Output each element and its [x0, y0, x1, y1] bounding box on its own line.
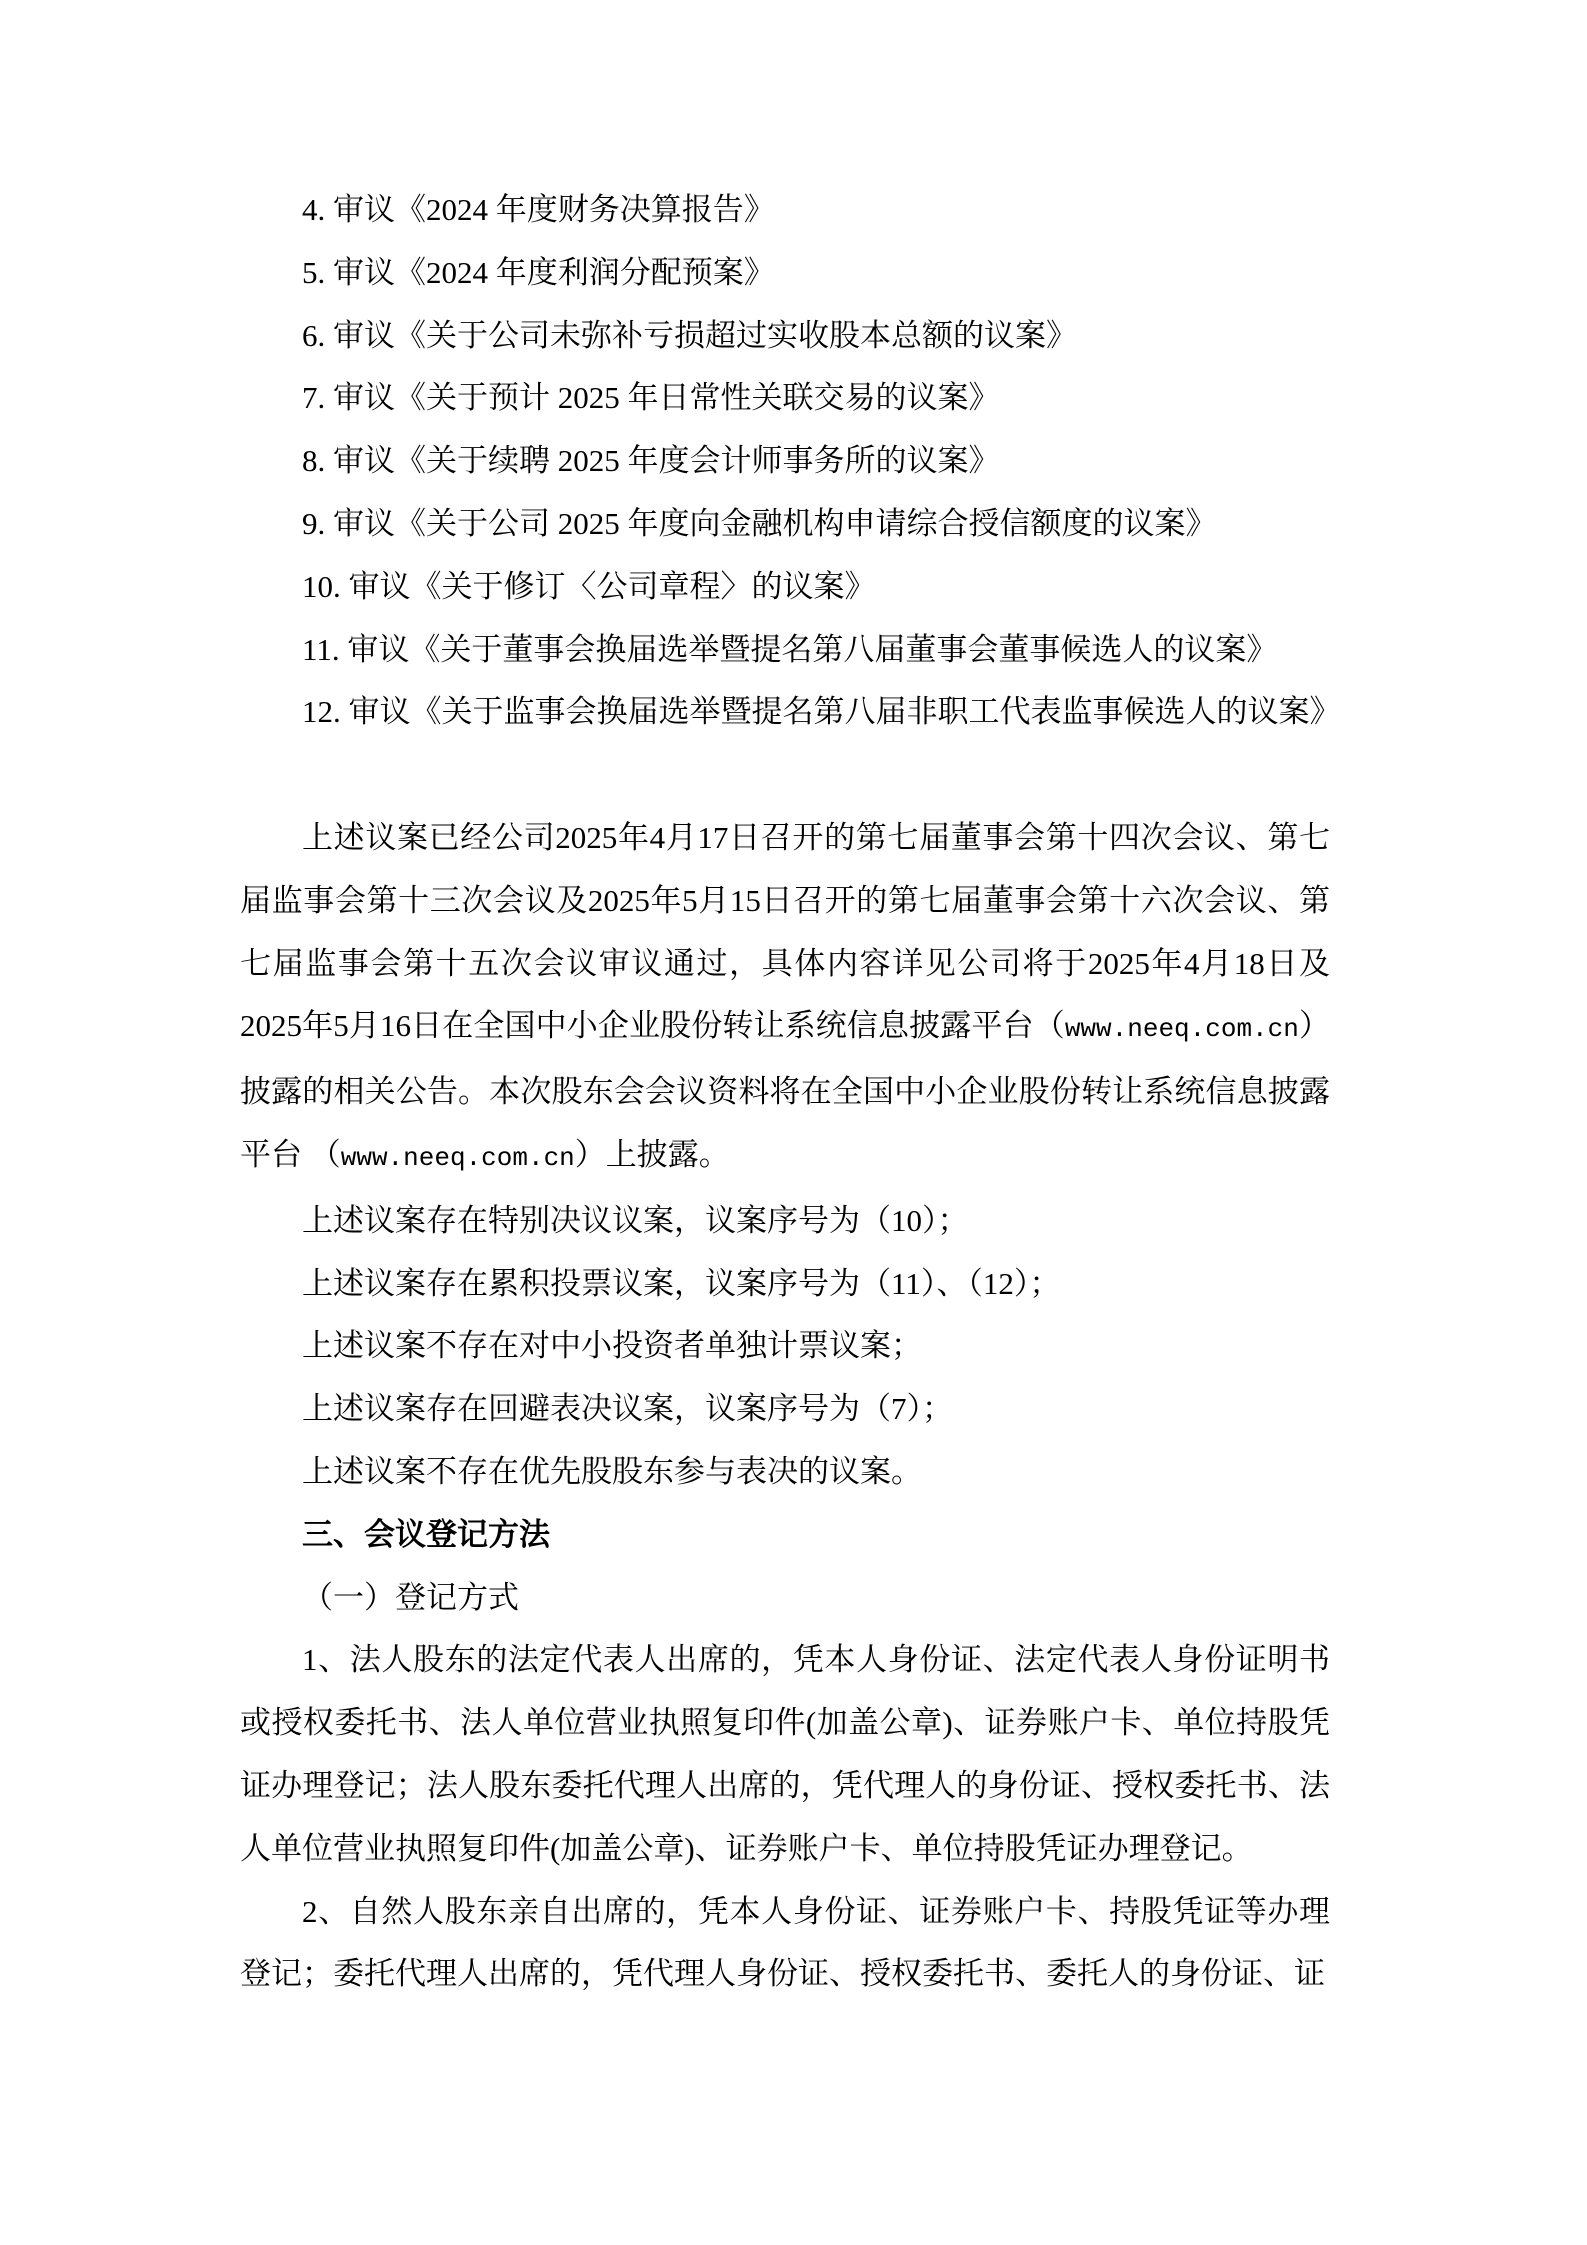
- proposal-item-4: 4. 审议《2024 年度财务决算报告》: [240, 179, 1330, 242]
- preferred-shareholder-note: 上述议案不存在优先股股东参与表决的议案。: [240, 1441, 1330, 1504]
- proposal-item-7: 7. 审议《关于预计 2025 年日常性关联交易的议案》: [240, 367, 1330, 430]
- proposal-item-11: 11. 审议《关于董事会换届选举暨提名第八届董事会董事候选人的议案》: [240, 619, 1330, 682]
- abstention-voting-note: 上述议案存在回避表决议案，议案序号为（7）；: [240, 1378, 1330, 1441]
- neeq-disclosure-url: www.neeq.com.cn: [341, 1143, 575, 1173]
- proposal-item-5: 5. 审议《2024 年度利润分配预案》: [240, 242, 1330, 305]
- section-heading-meeting-registration: 三、会议登记方法: [240, 1504, 1330, 1567]
- approval-paragraph: 上述议案已经公司2025年4月17日召开的第七届董事会第十四次会议、第七届监事会…: [240, 807, 1330, 1190]
- neeq-disclosure-url: www.neeq.com.cn: [1065, 1014, 1299, 1044]
- proposal-item-8: 8. 审议《关于续聘 2025 年度会计师事务所的议案》: [240, 430, 1330, 493]
- registration-paragraph-natural-person: 2、自然人股东亲自出席的，凭本人身份证、证券账户卡、持股凭证等办理登记；委托代理…: [240, 1881, 1330, 2007]
- proposal-item-9: 9. 审议《关于公司 2025 年度向金融机构申请综合授信额度的议案》: [240, 493, 1330, 556]
- special-resolution-note: 上述议案存在特别决议议案，议案序号为（10）；: [240, 1190, 1330, 1253]
- proposal-item-6: 6. 审议《关于公司未弥补亏损超过实收股本总额的议案》: [240, 305, 1330, 368]
- proposal-item-10: 10. 审议《关于修订〈公司章程〉的议案》: [240, 556, 1330, 619]
- registration-paragraph-legal-person: 1、法人股东的法定代表人出席的，凭本人身份证、法定代表人身份证明书或授权委托书、…: [240, 1629, 1330, 1880]
- minority-investor-note: 上述议案不存在对中小投资者单独计票议案；: [240, 1315, 1330, 1378]
- cumulative-voting-note: 上述议案存在累积投票议案，议案序号为（11）、（12）；: [240, 1253, 1330, 1316]
- proposal-item-12: 12. 审议《关于监事会换届选举暨提名第八届非职工代表监事候选人的议案》: [240, 681, 1330, 744]
- document-page: 4. 审议《2024 年度财务决算报告》 5. 审议《2024 年度利润分配预案…: [0, 0, 1587, 2245]
- document-body: 4. 审议《2024 年度财务决算报告》 5. 审议《2024 年度利润分配预案…: [240, 0, 1330, 2006]
- approval-text-segment: 上述议案已经公司2025年4月17日召开的第七届董事会第十四次会议、第七届监事会…: [240, 820, 1330, 1043]
- approval-text-segment: ）上披露。: [575, 1137, 730, 1172]
- subsection-heading-registration-method: （一）登记方式: [240, 1567, 1330, 1630]
